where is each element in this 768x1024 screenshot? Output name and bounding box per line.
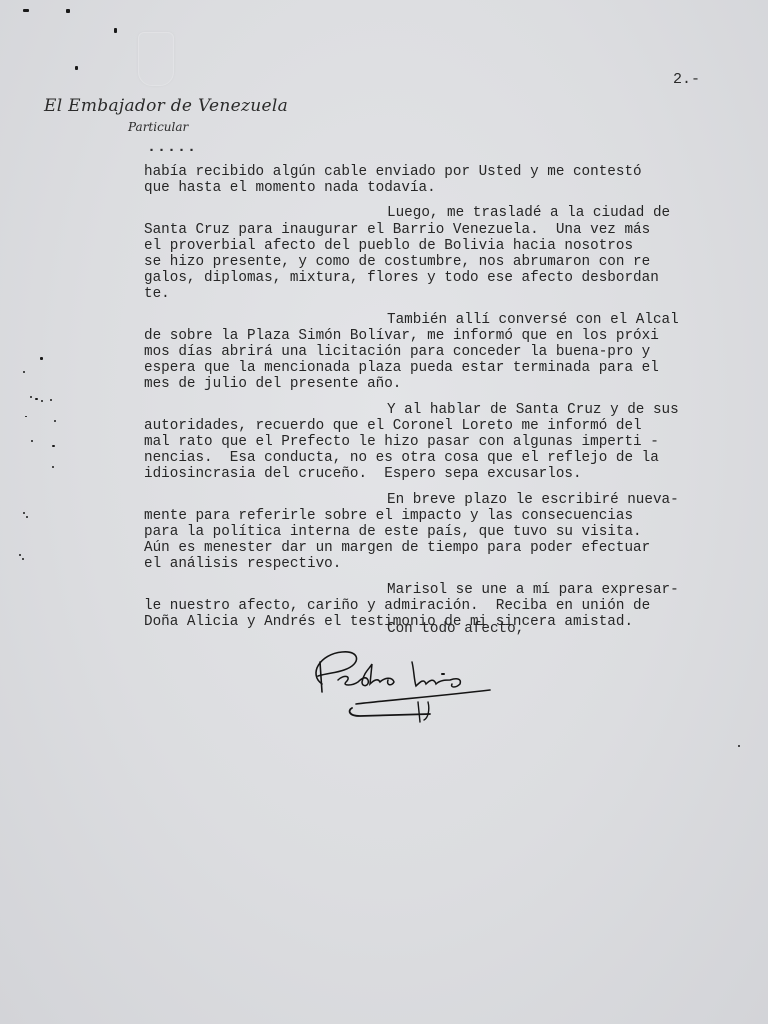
- text-line: Luego, me trasladé a la ciudad de: [144, 205, 724, 221]
- ink-speck: [30, 396, 32, 398]
- text-line: para la política interna de este país, q…: [144, 524, 724, 540]
- body-paragraph: También allí conversé con el Alcalde sob…: [144, 312, 724, 393]
- body-paragraph: había recibido algún cable enviado por U…: [144, 164, 724, 196]
- text-line: mos días abrirá una licitación para conc…: [144, 344, 724, 360]
- text-line: había recibido algún cable enviado por U…: [144, 164, 724, 180]
- ink-speck: [50, 399, 52, 401]
- text-line: se hizo presente, y como de costumbre, n…: [144, 254, 724, 270]
- text-line: autoridades, recuerdo que el Coronel Lor…: [144, 418, 724, 434]
- text-line: el análisis respectivo.: [144, 556, 724, 572]
- ink-speck: [41, 400, 43, 402]
- ink-speck: [22, 558, 24, 560]
- continuation-marker: .....: [147, 139, 197, 156]
- ink-speck: [75, 66, 78, 70]
- text-line: de sobre la Plaza Simón Bolívar, me info…: [144, 328, 724, 344]
- ink-speck: [54, 420, 56, 422]
- text-line: que hasta el momento nada todavía.: [144, 180, 724, 196]
- text-line: le nuestro afecto, cariño y admiración. …: [144, 598, 724, 614]
- ink-speck: [23, 512, 25, 514]
- ink-speck: [52, 466, 54, 468]
- ink-speck: [35, 398, 38, 400]
- ink-speck: [31, 440, 33, 442]
- closing-salutation: Con todo afecto,: [387, 621, 524, 637]
- ink-speck: [26, 516, 28, 518]
- body-paragraph: Luego, me trasladé a la ciudad deSanta C…: [144, 205, 724, 302]
- ink-speck: [25, 416, 27, 417]
- ink-speck: [40, 357, 43, 360]
- text-line: En breve plazo le escribiré nueva-: [144, 492, 724, 508]
- text-line: mente para referirle sobre el impacto y …: [144, 508, 724, 524]
- ink-speck: [738, 745, 740, 747]
- embossed-crest-icon: [138, 32, 174, 86]
- text-line: el proverbial afecto del pueblo de Boliv…: [144, 238, 724, 254]
- text-line: Aún es menester dar un margen de tiempo …: [144, 540, 724, 556]
- page-number: 2.-: [673, 71, 700, 88]
- letter-body: había recibido algún cable enviado por U…: [144, 164, 724, 639]
- letterhead-title: El Embajador de Venezuela: [44, 96, 288, 116]
- text-line: Marisol se une a mí para expresar-: [144, 582, 724, 598]
- body-paragraph: Y al hablar de Santa Cruz y de susautori…: [144, 402, 724, 483]
- text-line: te.: [144, 286, 724, 302]
- body-paragraph: En breve plazo le escribiré nueva-mente …: [144, 492, 724, 573]
- text-line: espera que la mencionada plaza pueda est…: [144, 360, 724, 376]
- letterhead-subtitle: Particular: [128, 120, 188, 134]
- ink-speck: [52, 445, 55, 447]
- text-line: Santa Cruz para inaugurar el Barrio Vene…: [144, 222, 724, 238]
- text-line: También allí conversé con el Alcal: [144, 312, 724, 328]
- ink-speck: [19, 554, 21, 556]
- ink-speck: [23, 371, 25, 373]
- text-line: mes de julio del presente año.: [144, 376, 724, 392]
- text-line: idiosincrasia del cruceño. Espero sepa e…: [144, 466, 724, 482]
- handwritten-signature: Pedro Luis: [300, 640, 500, 730]
- ink-speck: [114, 28, 117, 33]
- letter-page: El Embajador de Venezuela Particular 2.-…: [0, 0, 768, 1024]
- text-line: mal rato que el Prefecto le hizo pasar c…: [144, 434, 724, 450]
- ink-speck: [66, 9, 70, 13]
- text-line: nencias. Esa conducta, no es otra cosa q…: [144, 450, 724, 466]
- text-line: galos, diplomas, mixtura, flores y todo …: [144, 270, 724, 286]
- text-line: Y al hablar de Santa Cruz y de sus: [144, 402, 724, 418]
- ink-speck: [23, 9, 29, 12]
